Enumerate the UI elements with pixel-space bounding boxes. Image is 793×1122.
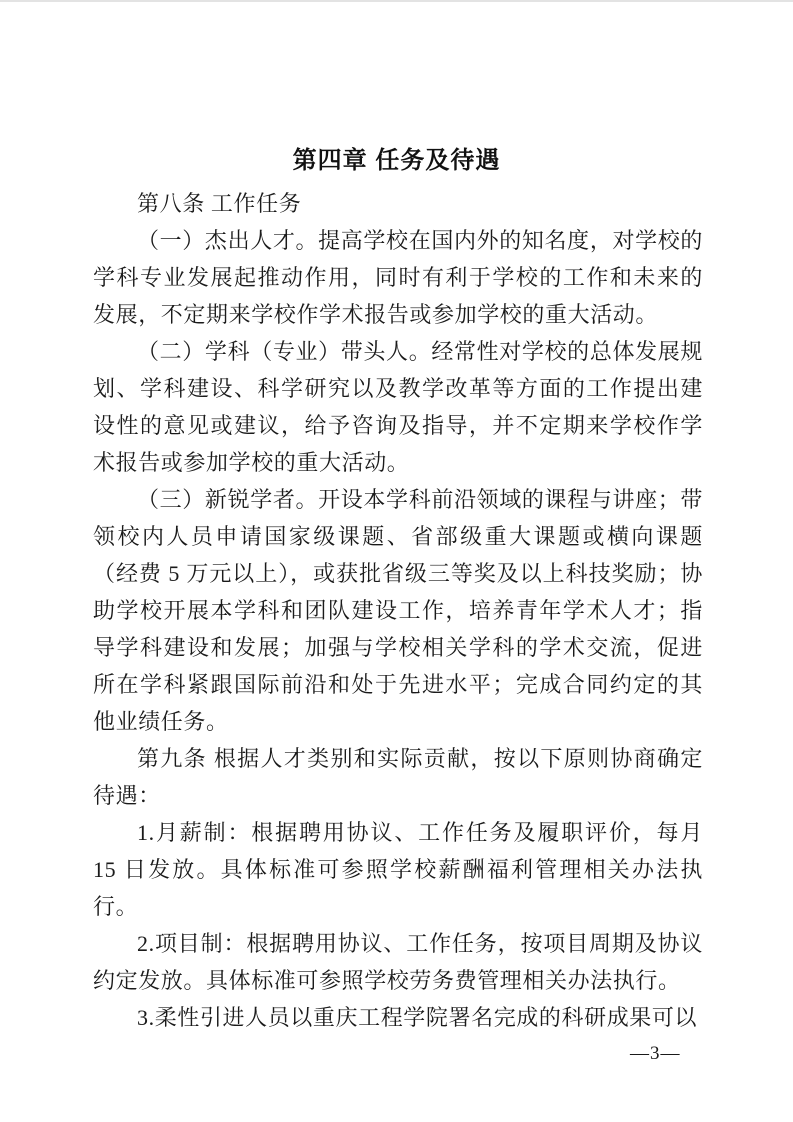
- paragraph-article-8-heading: 第八条 工作任务: [93, 185, 703, 222]
- scan-edge-artifact: [0, 0, 793, 2]
- document-page: 第四章 任务及待遇 第八条 工作任务 （一）杰出人才。提高学校在国内外的知名度，…: [0, 0, 793, 1122]
- paragraph-article-9-heading: 第九条 根据人才类别和实际贡献，按以下原则协商确定待遇：: [93, 740, 703, 814]
- paragraph-monthly-salary-system: 1.月薪制：根据聘用协议、工作任务及履职评价，每月 15 日发放。具体标准可参照…: [93, 814, 703, 925]
- page-number: —3—: [630, 1042, 681, 1066]
- paragraph-project-system: 2.项目制：根据聘用协议、工作任务，按项目周期及协议约定发放。具体标准可参照学校…: [93, 925, 703, 999]
- chapter-title: 第四章 任务及待遇: [0, 146, 793, 176]
- paragraph-flexible-recruitment: 3.柔性引进人员以重庆工程学院署名完成的科研成果可以: [93, 999, 703, 1036]
- document-body: 第八条 工作任务 （一）杰出人才。提高学校在国内外的知名度，对学校的学科专业发展…: [93, 185, 703, 1036]
- paragraph-item-1-outstanding-talent: （一）杰出人才。提高学校在国内外的知名度，对学校的学科专业发展起推动作用，同时有…: [93, 222, 703, 333]
- paragraph-item-2-discipline-leader: （二）学科（专业）带头人。经常性对学校的总体发展规划、学科建设、科学研究以及教学…: [93, 333, 703, 481]
- paragraph-item-3-emerging-scholar: （三）新锐学者。开设本学科前沿领域的课程与讲座；带领校内人员申请国家级课题、省部…: [93, 481, 703, 740]
